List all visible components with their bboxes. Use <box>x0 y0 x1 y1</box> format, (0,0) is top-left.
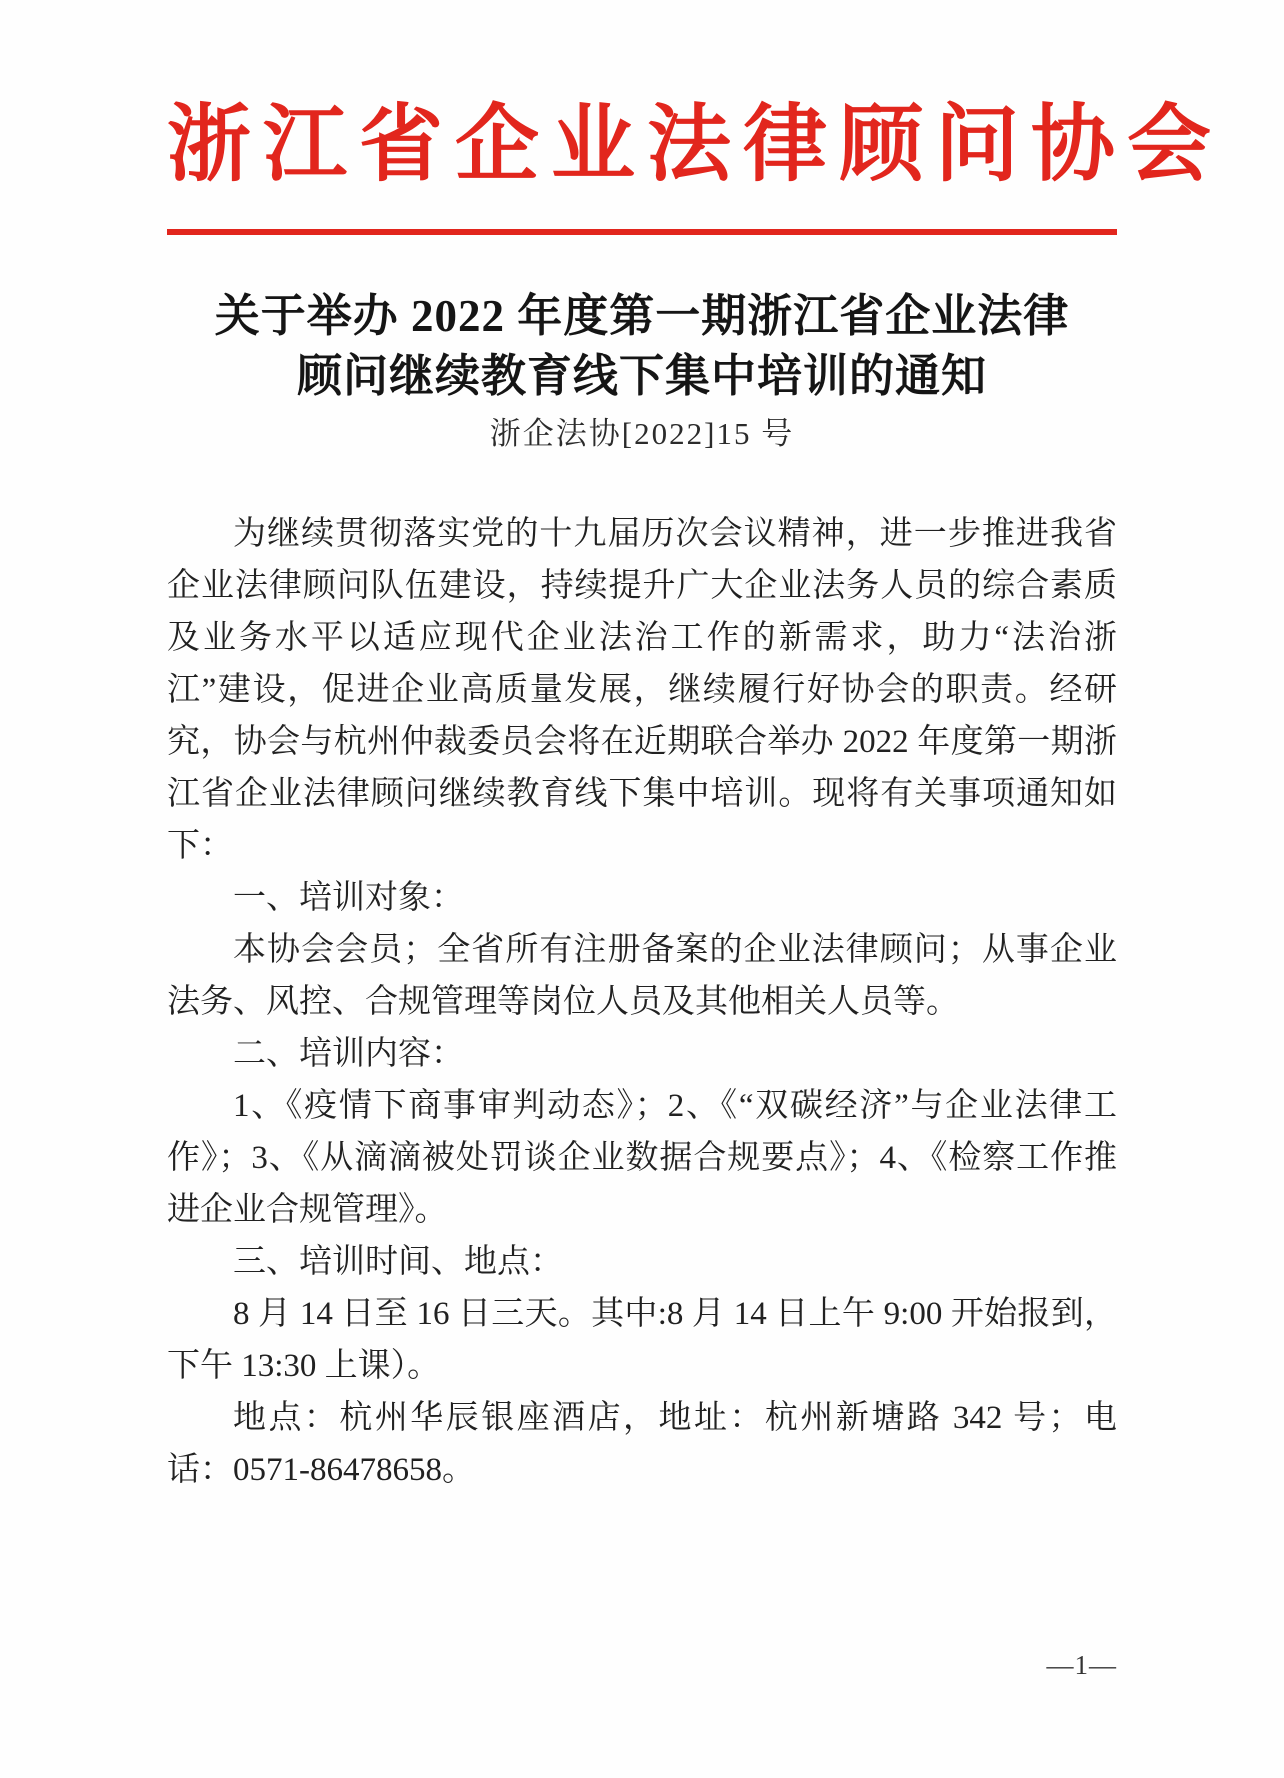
body-paragraph-training-content: 1、《疫情下商事审判动态》；2、《“双碳经济”与企业法律工作》；3、《从滴滴被处… <box>167 1080 1117 1236</box>
association-name-header: 浙江省企业法律顾问协会 <box>167 96 1117 196</box>
body-heading-training-content: 二、培训内容： <box>167 1028 1117 1080</box>
page-number: —1— <box>1047 1650 1118 1680</box>
document-title: 关于举办 2022 年度第一期浙江省企业法律 顾问继续教育线下集中培训的通知 <box>167 286 1117 406</box>
document-page: 浙江省企业法律顾问协会 关于举办 2022 年度第一期浙江省企业法律 顾问继续教… <box>0 0 1284 1778</box>
document-title-line-1: 关于举办 2022 年度第一期浙江省企业法律 <box>167 286 1117 346</box>
body-paragraph-training-place: 地点：杭州华辰银座酒店，地址：杭州新塘路 342 号；电话：0571-86478… <box>167 1392 1117 1496</box>
body-paragraph-intro: 为继续贯彻落实党的十九届历次会议精神，进一步推进我省企业法律顾问队伍建设，持续提… <box>167 508 1117 872</box>
document-body: 为继续贯彻落实党的十九届历次会议精神，进一步推进我省企业法律顾问队伍建设，持续提… <box>167 508 1117 1496</box>
body-heading-training-time-place: 三、培训时间、地点： <box>167 1236 1117 1288</box>
body-heading-training-target: 一、培训对象： <box>167 872 1117 924</box>
body-paragraph-training-target: 本协会会员；全省所有注册备案的企业法律顾问；从事企业法务、风控、合规管理等岗位人… <box>167 924 1117 1028</box>
page-content: 浙江省企业法律顾问协会 关于举办 2022 年度第一期浙江省企业法律 顾问继续教… <box>167 0 1117 1778</box>
document-title-line-2: 顾问继续教育线下集中培训的通知 <box>167 346 1117 406</box>
body-paragraph-training-time: 8 月 14 日至 16 日三天。其中:8 月 14 日上午 9:00 开始报到… <box>167 1288 1117 1392</box>
document-number: 浙企法协[2022]15 号 <box>167 414 1117 454</box>
header-divider-line <box>167 229 1117 235</box>
